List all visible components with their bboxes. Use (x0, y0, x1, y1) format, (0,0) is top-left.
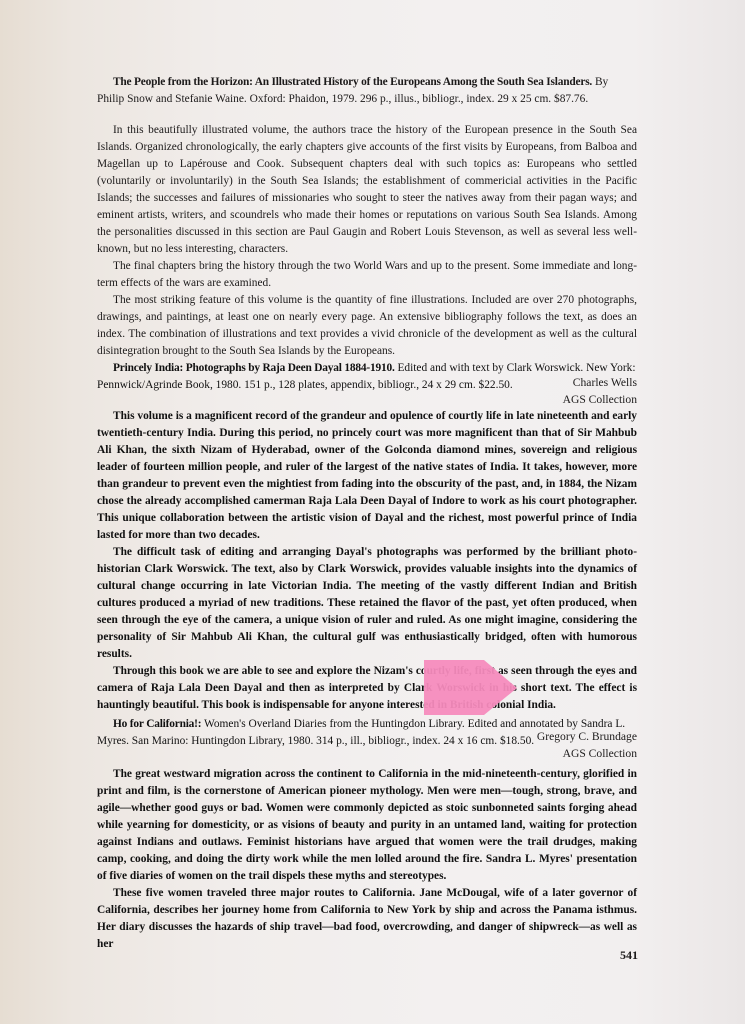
review-paragraph: The difficult task of editing and arrang… (97, 544, 637, 663)
sticky-flag-marker (422, 658, 518, 716)
review-princely-india: Princely India: Photographs by Raja Deen… (97, 360, 637, 762)
review-paragraph: The most striking feature of this volume… (97, 292, 637, 360)
review-ho-for-california: Ho for California!: Women's Overland Dia… (97, 716, 637, 953)
citation: Princely India: Photographs by Raja Deen… (97, 360, 637, 394)
review-paragraph: The final chapters bring the history thr… (97, 258, 637, 292)
review-paragraph: These five women traveled three major ro… (97, 885, 637, 953)
page-number: 541 (620, 948, 638, 963)
review-people-from-horizon: The People from the Horizon: An Illustra… (97, 74, 637, 408)
book-page: The People from the Horizon: An Illustra… (0, 0, 745, 1024)
book-title: Ho for California!: (113, 718, 201, 730)
citation: Ho for California!: Women's Overland Dia… (97, 716, 637, 750)
citation: The People from the Horizon: An Illustra… (97, 74, 637, 108)
review-paragraph: In this beautifully illustrated volume, … (97, 122, 637, 258)
book-title: Princely India: Photographs by Raja Deen… (113, 362, 395, 374)
review-paragraph: The great westward migration across the … (97, 766, 637, 885)
review-paragraph: This volume is a magnificent record of t… (97, 408, 637, 544)
book-title: The People from the Horizon: An Illustra… (113, 76, 592, 88)
review-paragraph: Through this book we are able to see and… (97, 663, 637, 714)
